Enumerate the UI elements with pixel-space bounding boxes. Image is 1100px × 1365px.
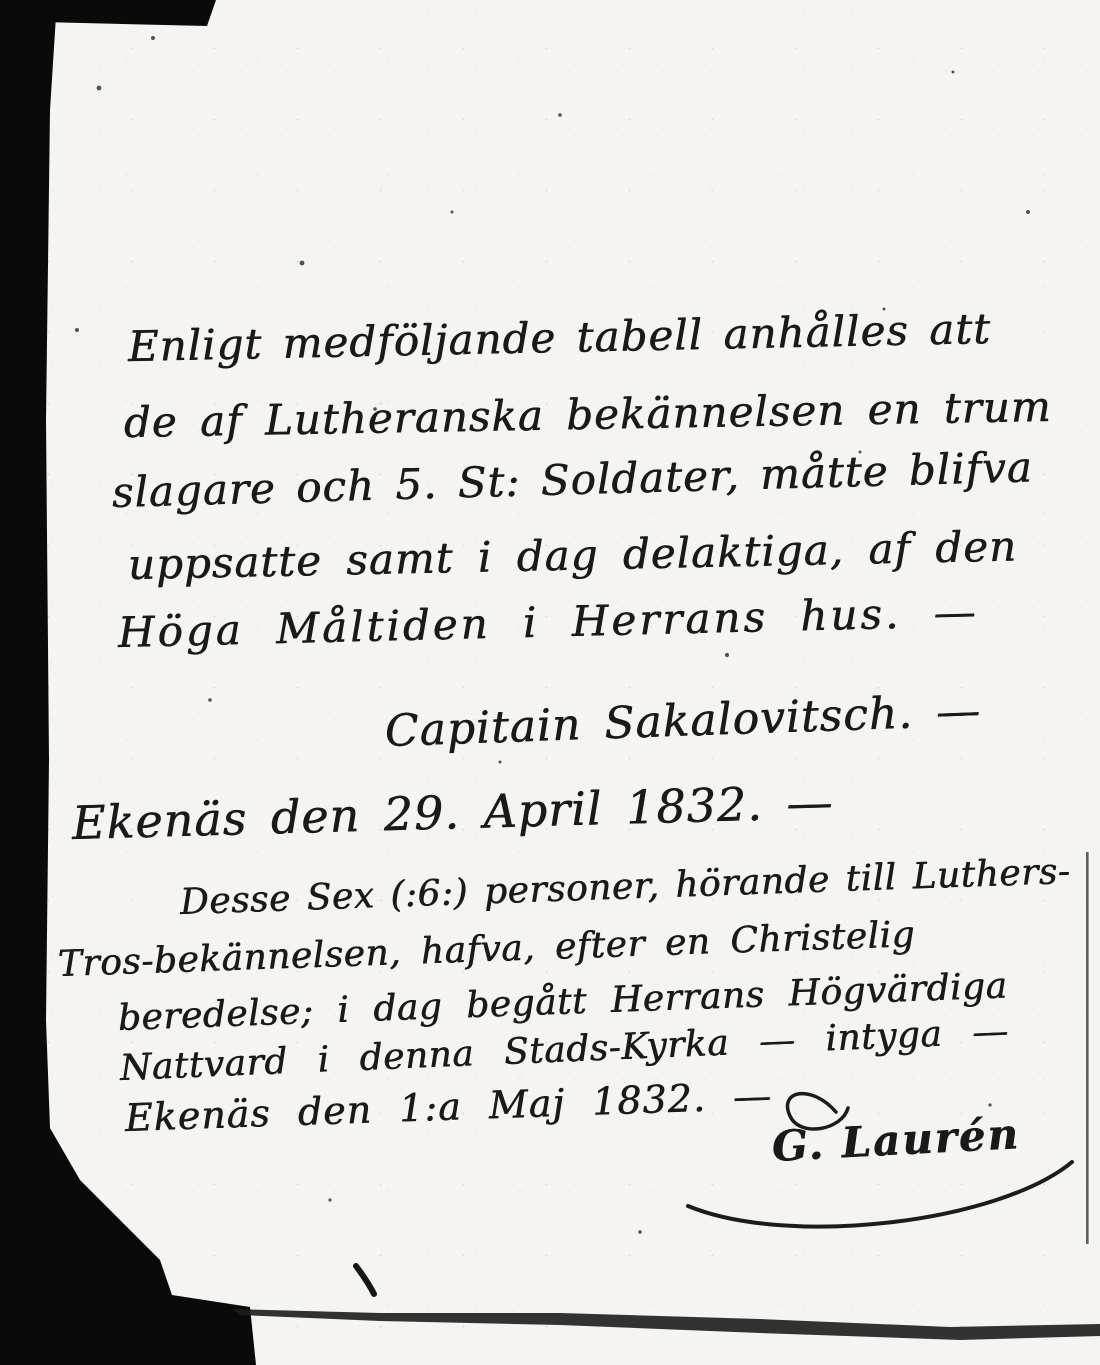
scan-speckle bbox=[328, 1198, 331, 1201]
scan-speckle bbox=[638, 1230, 642, 1234]
scan-speckle bbox=[75, 328, 79, 332]
scanned-document-page: Enligt medföljande tabell anhålles att d… bbox=[0, 0, 1100, 1365]
scan-speckle bbox=[300, 261, 305, 266]
scan-speckle bbox=[952, 71, 955, 74]
scan-speckle bbox=[451, 211, 454, 214]
scan-speckle bbox=[725, 653, 729, 657]
scan-speckle bbox=[208, 698, 212, 702]
scan-speckle bbox=[988, 1103, 991, 1106]
scan-speckle bbox=[151, 36, 155, 40]
scan-speckle bbox=[558, 113, 562, 117]
ink-smudge bbox=[356, 1266, 374, 1294]
scan-speckle bbox=[1026, 210, 1030, 214]
signature-flourish bbox=[688, 1162, 1072, 1227]
left-torn-edge bbox=[0, 0, 256, 1365]
bottom-torn-edge-band bbox=[232, 1309, 1100, 1340]
right-fold-line bbox=[1086, 852, 1089, 1244]
scan-speckle bbox=[499, 761, 502, 764]
scan-speckle bbox=[97, 86, 102, 91]
